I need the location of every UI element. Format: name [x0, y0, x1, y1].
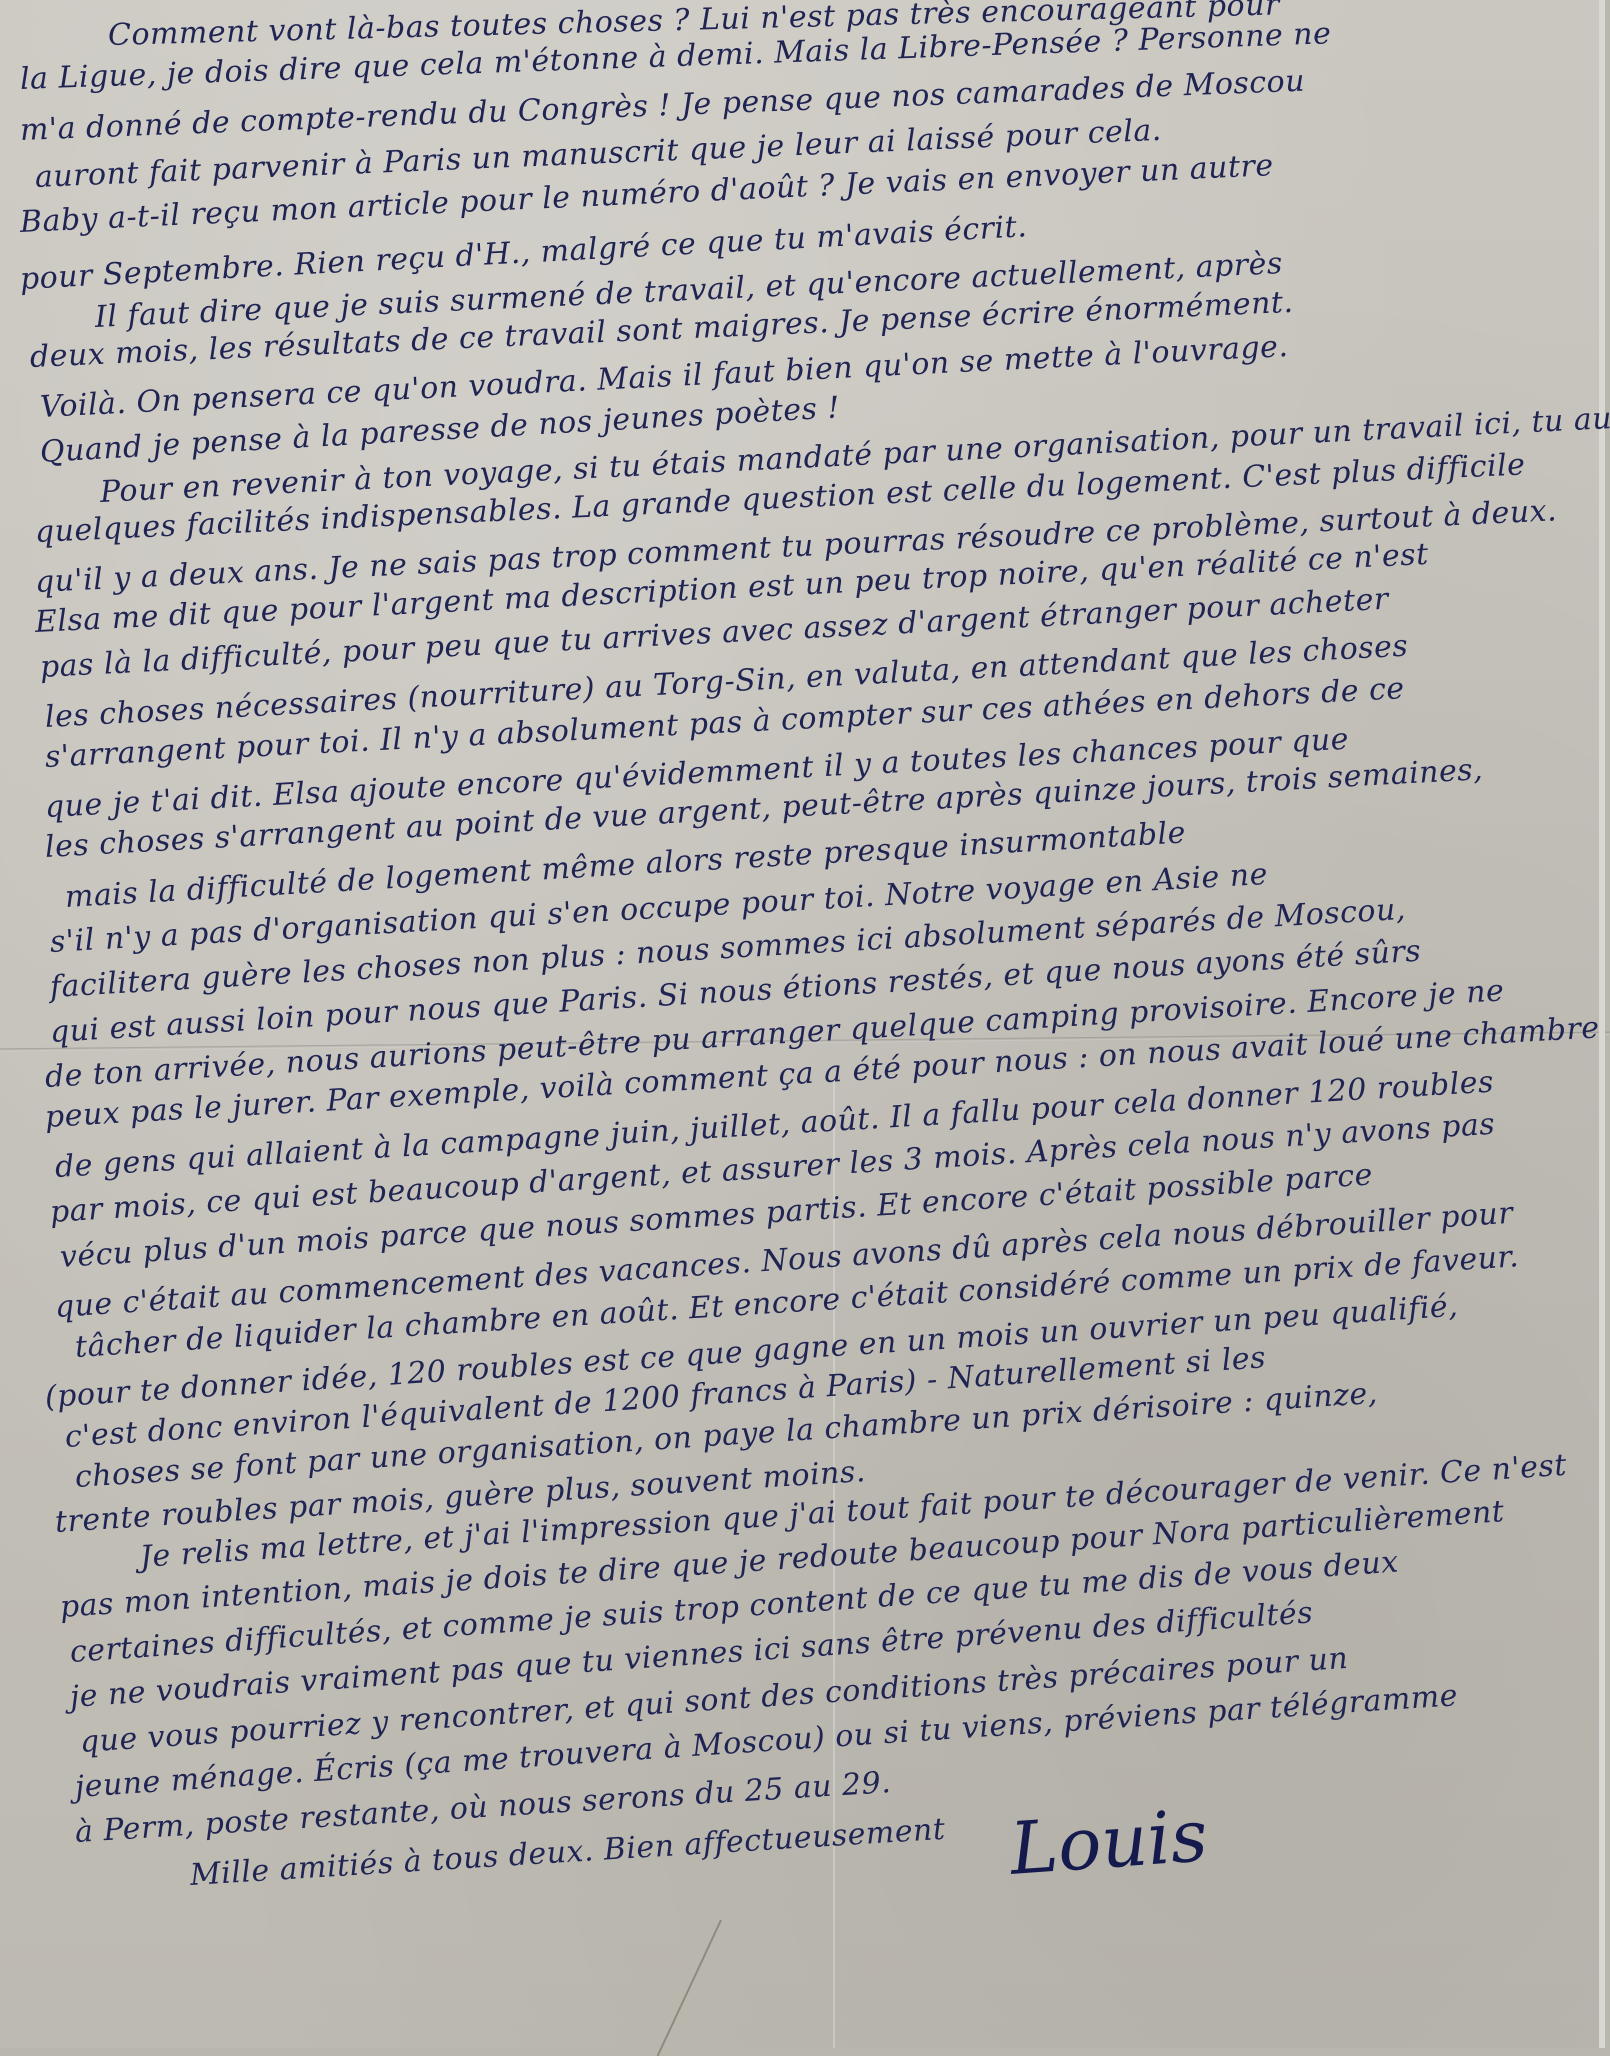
- page-edge: [1599, 0, 1605, 2048]
- signature: Louis: [1007, 1793, 1210, 1891]
- paper-tear: [657, 1920, 722, 2048]
- bleed-through-text: [59, 1960, 70, 1995]
- letter-page: Comment vont là-bas toutes choses ? Lui …: [0, 0, 1605, 2048]
